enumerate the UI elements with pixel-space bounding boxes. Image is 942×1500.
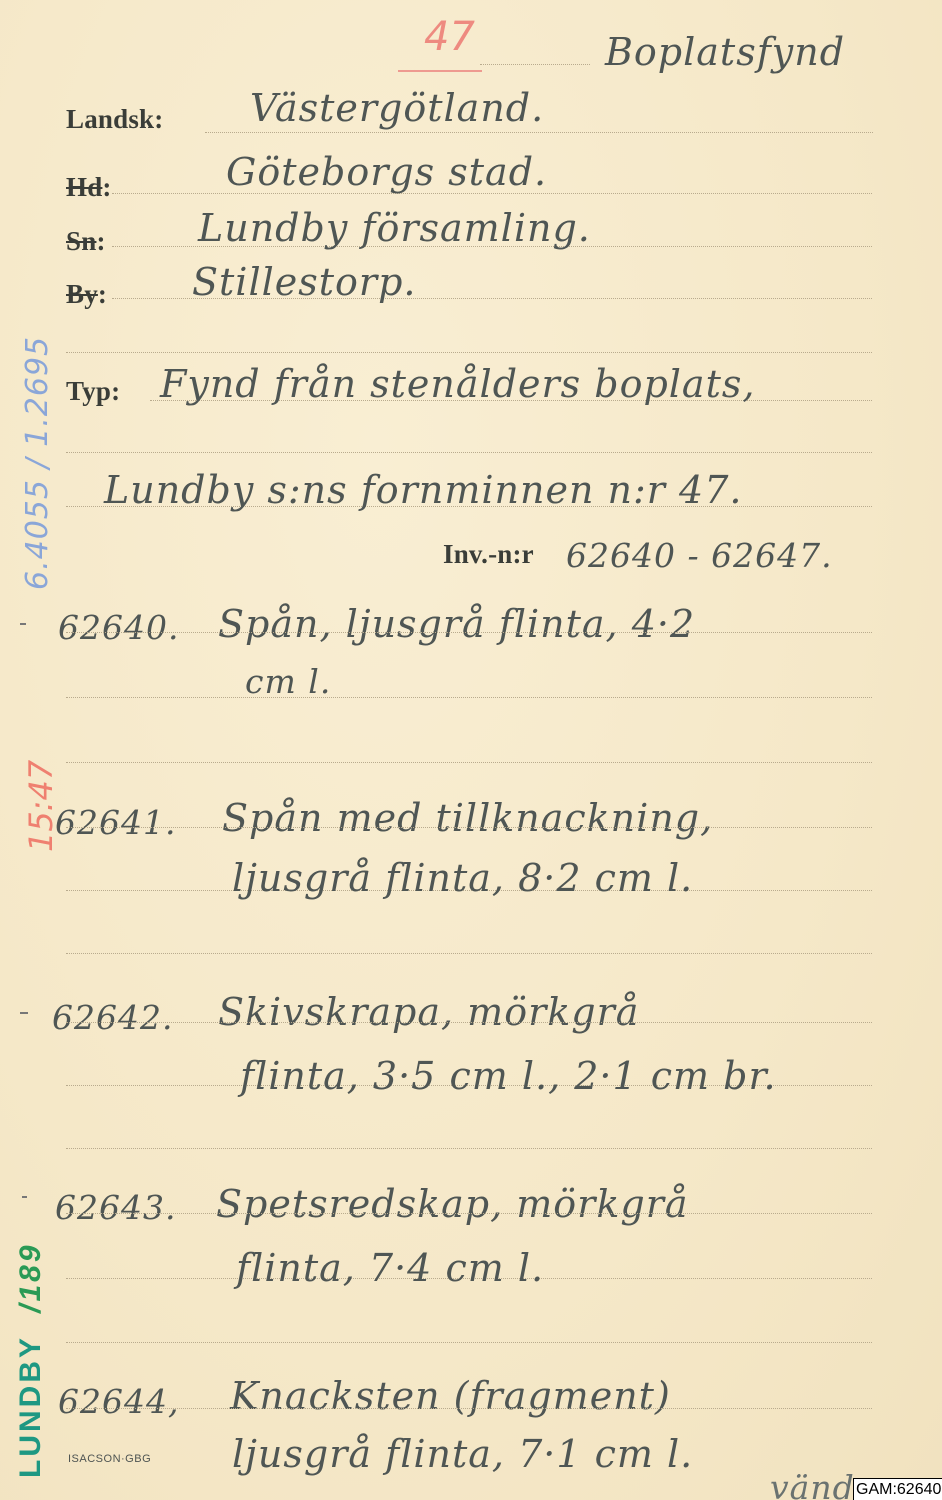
entry-line1: Spetsredskap, mörkgrå [216, 1182, 689, 1226]
card-number: 47 [424, 14, 475, 60]
dotted-line [66, 1213, 872, 1214]
check-mark [20, 623, 26, 625]
entry-line1: Skivskrapa, mörkgrå [218, 990, 639, 1034]
entry-number: 62643. [55, 1188, 176, 1227]
dotted-line [66, 762, 872, 763]
sn-value: Lundby församling. [198, 206, 591, 250]
dotted-line [66, 1342, 872, 1343]
dotted-line [66, 1022, 872, 1023]
entry-line1: Spån, ljusgrå flinta, 4·2 [218, 602, 695, 646]
typ-label: Typ: [66, 376, 120, 407]
card-number-underline [398, 70, 482, 72]
entry-line2: ljusgrå flinta, 8·2 cm l. [232, 856, 693, 900]
dotted-line [66, 452, 872, 453]
catalog-id-label: GAM:62640 [853, 1478, 942, 1500]
by-label: By: [66, 279, 107, 310]
dotted-line [480, 64, 590, 65]
margin-note-red: 15:47 [22, 760, 60, 852]
entry-number: 62642. [52, 998, 173, 1037]
entry-line2: flinta, 3·5 cm l., 2·1 cm br. [240, 1054, 777, 1098]
inv-label: Inv.-n:r [443, 539, 534, 570]
check-mark [22, 1196, 27, 1198]
entry-number: 62640. [58, 608, 179, 647]
entry-line2: flinta, 7·4 cm l. [236, 1246, 544, 1290]
place-name: LUNDBY [14, 1336, 47, 1478]
landsk-label: Landsk: [66, 104, 163, 135]
landsk-value: Västergötland. [250, 86, 544, 130]
check-mark [20, 1012, 28, 1014]
dotted-line [66, 827, 872, 828]
entry-number: 62641. [55, 803, 176, 842]
entry-line2: cm l. [245, 662, 331, 701]
by-value: Stillestorp. [192, 260, 416, 304]
catalog-card: 47 Boplatsfynd Landsk: Västergötland. Hd… [0, 0, 942, 1500]
dotted-line [66, 1148, 872, 1149]
place-number: /189 [14, 1242, 47, 1324]
margin-note-blue: 6.4055 / 1.2695 [20, 336, 55, 590]
dotted-line [66, 632, 872, 633]
sn-label: Sn: [66, 226, 106, 257]
entry-line1: Spån med tillknackning, [222, 796, 713, 840]
continuation-note: vänd [770, 1468, 855, 1500]
typ-value-line1: Fynd från stenålders boplats, [160, 362, 755, 406]
hd-value: Göteborgs stad. [226, 150, 547, 194]
dotted-line [66, 1408, 872, 1409]
entry-line2: ljusgrå flinta, 7·1 cm l. [232, 1432, 693, 1476]
margin-note-green: LUNDBY /189 [14, 1242, 48, 1478]
printer-mark: ISACSON·GBG [68, 1453, 151, 1465]
typ-value-line2: Lundby s:ns fornminnen n:r 47. [104, 468, 742, 512]
category-title: Boplatsfynd [605, 30, 845, 74]
dotted-line [66, 953, 872, 954]
inv-value: 62640 - 62647. [566, 536, 833, 575]
hd-label: Hd: [66, 172, 112, 203]
entry-number: 62644, [58, 1382, 179, 1421]
dotted-line [66, 697, 872, 698]
dotted-line [205, 132, 873, 133]
dotted-line [66, 352, 872, 353]
entry-line1: Knacksten (fragment) [230, 1374, 671, 1418]
